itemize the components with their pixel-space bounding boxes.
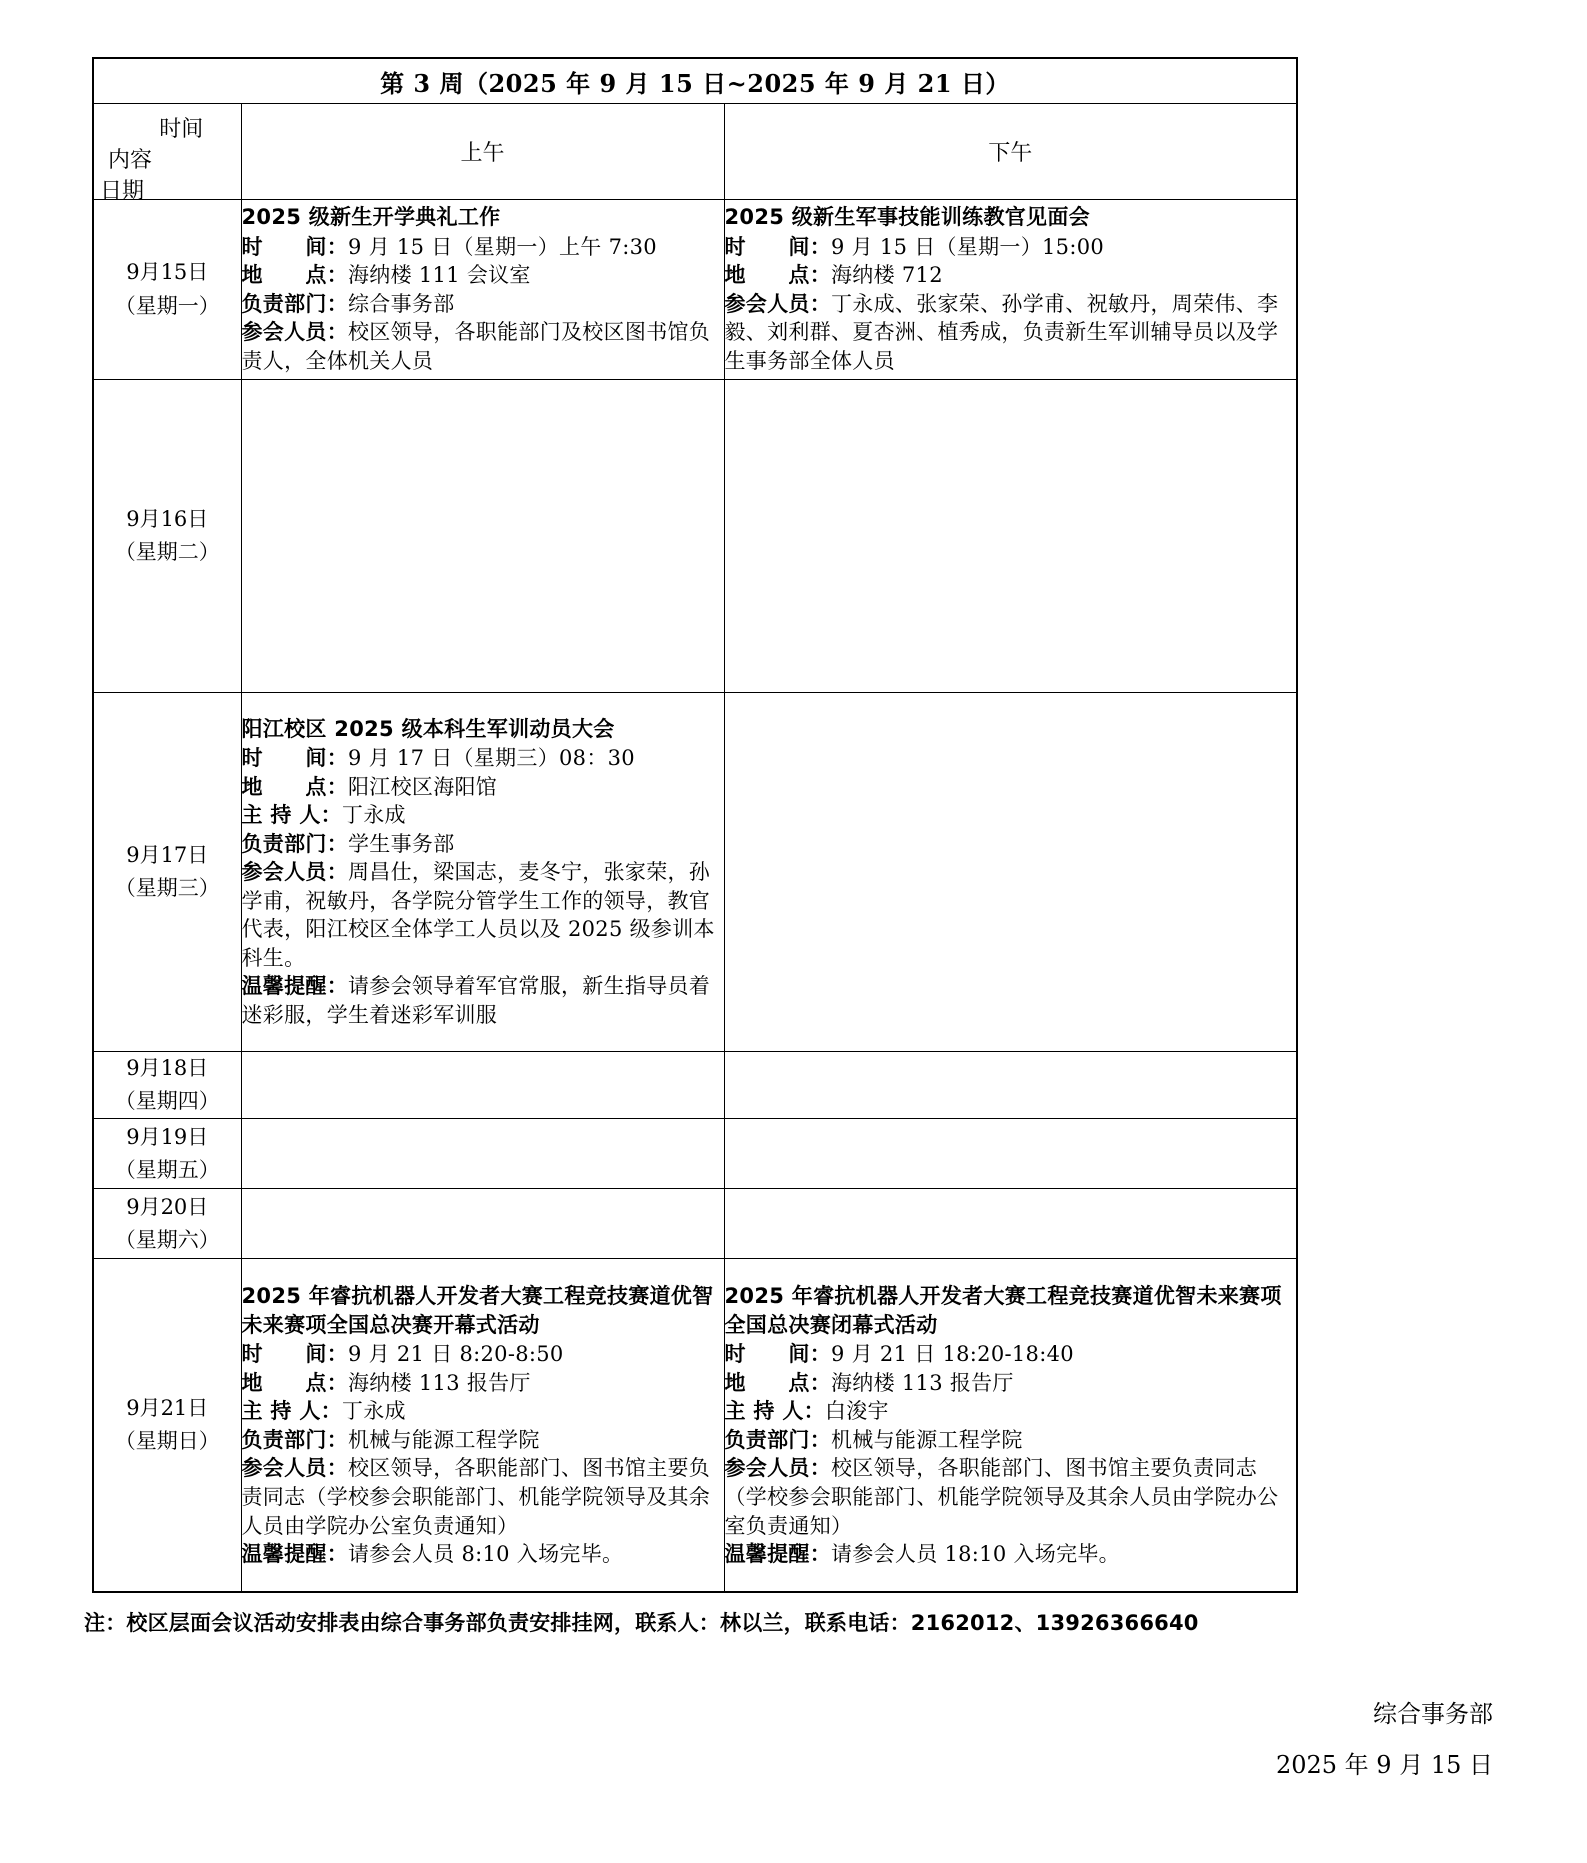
event-line: 温馨提醒：请参会人员 18:10 入场完毕。 <box>725 1540 1297 1569</box>
field-label: 地 点： <box>242 1370 349 1395</box>
field-value: 丁永成 <box>342 803 406 827</box>
signature-department: 综合事务部 <box>92 1689 1493 1741</box>
signature-date: 2025 年 9 月 15 日 <box>92 1740 1493 1792</box>
afternoon-cell: 2025 级新生军事技能训练教官见面会时 间：9 月 15 日（星期一）15:0… <box>724 200 1297 380</box>
field-label: 时 间： <box>242 745 349 770</box>
morning-cell <box>241 1052 724 1119</box>
date-line: （星期一） <box>94 290 241 323</box>
field-value: 请参会人员 18:10 入场完毕。 <box>831 1542 1120 1566</box>
field-label: 时 间： <box>725 1341 832 1366</box>
date-line: 9月19日 <box>94 1121 241 1154</box>
event-line: 负责部门：学生事务部 <box>242 830 724 859</box>
field-label: 负责部门： <box>242 291 349 316</box>
corner-content-label: 内容 <box>108 143 152 174</box>
table-row: 9月21日（星期日）2025 年睿抗机器人开发者大赛工程竞技赛道优智未来赛项全国… <box>93 1259 1297 1592</box>
field-label: 负责部门： <box>242 831 349 856</box>
event-line: 参会人员：校区领导，各职能部门及校区图书馆负责人，全体机关人员 <box>242 318 724 375</box>
field-label: 主 持 人： <box>725 1398 825 1423</box>
morning-cell: 2025 级新生开学典礼工作时 间：9 月 15 日（星期一）上午 7:30地 … <box>241 200 724 380</box>
date-line: 9月18日 <box>94 1052 241 1085</box>
date-line: 9月17日 <box>94 839 241 872</box>
field-value: 丁永成 <box>342 1399 406 1423</box>
field-label: 温馨提醒： <box>242 1541 349 1566</box>
event-line: 时 间：9 月 15 日（星期一）上午 7:30 <box>242 233 724 262</box>
field-label: 参会人员： <box>242 319 349 344</box>
field-label: 地 点： <box>725 1370 832 1395</box>
field-value: 阳江校区海阳馆 <box>348 775 497 799</box>
date-line: 9月15日 <box>94 256 241 289</box>
event-line: 地 点：海纳楼 712 <box>725 261 1297 290</box>
event-line: 地 点：海纳楼 113 报告厅 <box>242 1369 724 1398</box>
field-value: 9 月 15 日（星期一）上午 7:30 <box>348 235 657 259</box>
afternoon-cell <box>724 1189 1297 1259</box>
title-row: 第 3 周（2025 年 9 月 15 日~2025 年 9 月 21 日） <box>93 58 1297 104</box>
schedule-body: 9月15日（星期一）2025 级新生开学典礼工作时 间：9 月 15 日（星期一… <box>93 200 1297 1592</box>
date-cell: 9月16日（星期二） <box>93 380 241 693</box>
week-title: 第 3 周（2025 年 9 月 15 日~2025 年 9 月 21 日） <box>93 58 1297 104</box>
date-cell: 9月20日（星期六） <box>93 1189 241 1259</box>
field-value: 海纳楼 111 会议室 <box>348 263 531 287</box>
event-line: 主 持 人：白浚宇 <box>725 1397 1297 1426</box>
event-line: 负责部门：综合事务部 <box>242 290 724 319</box>
table-row: 9月20日（星期六） <box>93 1189 1297 1259</box>
event-line: 参会人员：丁永成、张家荣、孙学甫、祝敏丹，周荣伟、李毅、刘利群、夏杏洲、植秀成，… <box>725 290 1297 376</box>
date-line: （星期日） <box>94 1425 241 1458</box>
event-line: 地 点：海纳楼 113 报告厅 <box>725 1369 1297 1398</box>
event-line: 参会人员：校区领导，各职能部门、图书馆主要负责同志（学校参会职能部门、机能学院领… <box>725 1454 1297 1540</box>
field-label: 参会人员： <box>242 1455 349 1480</box>
afternoon-cell <box>724 693 1297 1052</box>
field-value: 学生事务部 <box>348 832 455 856</box>
afternoon-cell <box>724 1119 1297 1189</box>
field-value: 海纳楼 113 报告厅 <box>348 1371 531 1395</box>
schedule-page: 第 3 周（2025 年 9 月 15 日~2025 年 9 月 21 日） 时… <box>92 57 1493 1792</box>
morning-header: 上午 <box>241 104 724 200</box>
corner-header-cell: 时间 内容 日期 <box>93 104 241 200</box>
event-line: 地 点：海纳楼 111 会议室 <box>242 261 724 290</box>
field-label: 主 持 人： <box>242 802 342 827</box>
field-value: 机械与能源工程学院 <box>831 1428 1023 1452</box>
date-line: （星期二） <box>94 536 241 569</box>
event-title: 2025 年睿抗机器人开发者大赛工程竞技赛道优智未来赛项全国总决赛开幕式活动 <box>242 1282 724 1341</box>
field-label: 负责部门： <box>725 1427 832 1452</box>
event-line: 温馨提醒：请参会领导着军官常服，新生指导员着迷彩服，学生着迷彩军训服 <box>242 972 724 1029</box>
event-line: 时 间：9 月 15 日（星期一）15:00 <box>725 233 1297 262</box>
event-line: 时 间：9 月 17 日（星期三）08：30 <box>242 744 724 773</box>
event-title: 2025 级新生军事技能训练教官见面会 <box>725 203 1297 232</box>
event-line: 参会人员：校区领导，各职能部门、图书馆主要负责同志（学校参会职能部门、机能学院领… <box>242 1454 724 1540</box>
date-cell: 9月15日（星期一） <box>93 200 241 380</box>
field-label: 时 间： <box>725 234 832 259</box>
event-line: 时 间：9 月 21 日 18:20-18:40 <box>725 1340 1297 1369</box>
afternoon-cell: 2025 年睿抗机器人开发者大赛工程竞技赛道优智未来赛项全国总决赛闭幕式活动时 … <box>724 1259 1297 1592</box>
signature-block: 综合事务部 2025 年 9 月 15 日 <box>92 1689 1493 1792</box>
header-row: 时间 内容 日期 上午 下午 <box>93 104 1297 200</box>
field-value: 海纳楼 712 <box>831 263 943 287</box>
corner-date-label: 日期 <box>100 174 144 205</box>
table-row: 9月15日（星期一）2025 级新生开学典礼工作时 间：9 月 15 日（星期一… <box>93 200 1297 380</box>
table-row: 9月18日（星期四） <box>93 1052 1297 1119</box>
date-line: （星期五） <box>94 1154 241 1187</box>
morning-cell <box>241 1119 724 1189</box>
event-line: 地 点：阳江校区海阳馆 <box>242 773 724 802</box>
date-line: 9月16日 <box>94 503 241 536</box>
morning-cell <box>241 380 724 693</box>
field-value: 白浚宇 <box>825 1399 889 1423</box>
field-value: 机械与能源工程学院 <box>348 1428 540 1452</box>
date-line: （星期三） <box>94 872 241 905</box>
date-line: （星期六） <box>94 1224 241 1257</box>
morning-cell: 阳江校区 2025 级本科生军训动员大会时 间：9 月 17 日（星期三）08：… <box>241 693 724 1052</box>
field-label: 负责部门： <box>242 1427 349 1452</box>
event-line: 参会人员：周昌仕，梁国志，麦冬宁，张家荣，孙学甫，祝敏丹，各学院分管学生工作的领… <box>242 858 724 972</box>
date-cell: 9月21日（星期日） <box>93 1259 241 1592</box>
event-line: 负责部门：机械与能源工程学院 <box>725 1426 1297 1455</box>
event-title: 2025 年睿抗机器人开发者大赛工程竞技赛道优智未来赛项全国总决赛闭幕式活动 <box>725 1282 1297 1341</box>
field-label: 地 点： <box>242 262 349 287</box>
table-row: 9月16日（星期二） <box>93 380 1297 693</box>
schedule-table: 第 3 周（2025 年 9 月 15 日~2025 年 9 月 21 日） 时… <box>92 57 1298 1593</box>
afternoon-header: 下午 <box>724 104 1297 200</box>
event-line: 时 间：9 月 21 日 8:20-8:50 <box>242 1340 724 1369</box>
afternoon-cell <box>724 1052 1297 1119</box>
field-value: 请参会人员 8:10 入场完毕。 <box>348 1542 623 1566</box>
date-line: 9月21日 <box>94 1392 241 1425</box>
footnote: 注：校区层面会议活动安排表由综合事务部负责安排挂网，联系人：林以兰，联系电话：2… <box>84 1607 1493 1637</box>
date-line: 9月20日 <box>94 1191 241 1224</box>
field-label: 时 间： <box>242 1341 349 1366</box>
field-label: 地 点： <box>242 774 349 799</box>
corner-header: 时间 内容 日期 <box>94 104 241 199</box>
field-value: 9 月 21 日 18:20-18:40 <box>831 1342 1074 1366</box>
morning-cell <box>241 1189 724 1259</box>
field-label: 参会人员： <box>242 859 349 884</box>
field-label: 主 持 人： <box>242 1398 342 1423</box>
morning-cell: 2025 年睿抗机器人开发者大赛工程竞技赛道优智未来赛项全国总决赛开幕式活动时 … <box>241 1259 724 1592</box>
table-row: 9月17日（星期三）阳江校区 2025 级本科生军训动员大会时 间：9 月 17… <box>93 693 1297 1052</box>
event-title: 阳江校区 2025 级本科生军训动员大会 <box>242 715 724 744</box>
field-label: 地 点： <box>725 262 832 287</box>
field-label: 温馨提醒： <box>242 973 349 998</box>
field-value: 综合事务部 <box>348 292 455 316</box>
date-cell: 9月18日（星期四） <box>93 1052 241 1119</box>
field-label: 参会人员： <box>725 291 832 316</box>
afternoon-cell <box>724 380 1297 693</box>
field-label: 时 间： <box>242 234 349 259</box>
date-line: （星期四） <box>94 1085 241 1118</box>
event-line: 主 持 人：丁永成 <box>242 1397 724 1426</box>
date-cell: 9月17日（星期三） <box>93 693 241 1052</box>
date-cell: 9月19日（星期五） <box>93 1119 241 1189</box>
field-value: 海纳楼 113 报告厅 <box>831 1371 1014 1395</box>
field-value: 9 月 17 日（星期三）08：30 <box>348 746 635 770</box>
field-value: 9 月 21 日 8:20-8:50 <box>348 1342 564 1366</box>
event-line: 负责部门：机械与能源工程学院 <box>242 1426 724 1455</box>
event-line: 主 持 人：丁永成 <box>242 801 724 830</box>
field-value: 9 月 15 日（星期一）15:00 <box>831 235 1104 259</box>
event-title: 2025 级新生开学典礼工作 <box>242 203 724 232</box>
event-line: 温馨提醒：请参会人员 8:10 入场完毕。 <box>242 1540 724 1569</box>
table-row: 9月19日（星期五） <box>93 1119 1297 1189</box>
field-label: 参会人员： <box>725 1455 832 1480</box>
field-label: 温馨提醒： <box>725 1541 832 1566</box>
corner-time-label: 时间 <box>159 112 203 143</box>
